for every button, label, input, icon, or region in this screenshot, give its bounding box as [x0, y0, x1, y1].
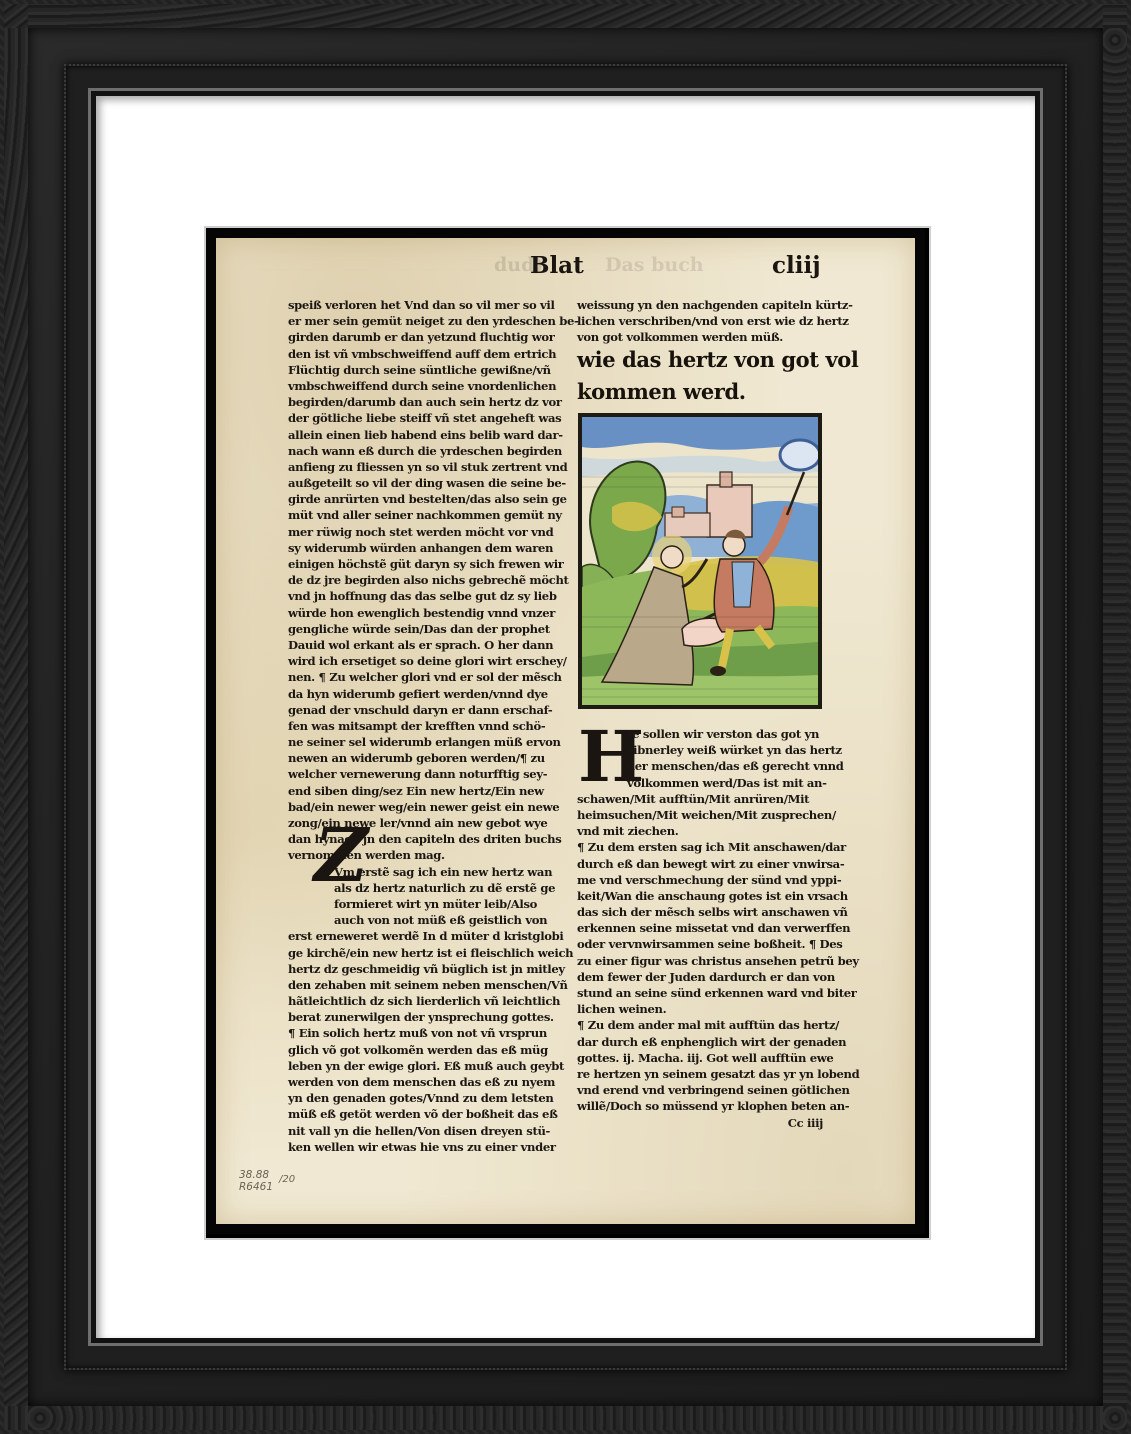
text-line: müt vnd aller seiner nachkommen gemüt ny	[288, 507, 558, 523]
text-line: begirden/darumb dan auch sein hertz dz v…	[288, 394, 558, 410]
text-line: glich võ got volkomẽn werden das eß müg	[288, 1042, 558, 1058]
text-line: volkommen werd/Das ist mit an-	[627, 775, 825, 791]
pencil-annotation: 38.88 R6461	[239, 1169, 273, 1193]
text-line: me vnd verschmechung der sünd vnd yppi-	[577, 872, 825, 888]
text-line: speiß verloren het Vnd dan so vil mer so…	[288, 297, 558, 313]
text-line: re hertzen yn seinem gesatzt das yr yn l…	[577, 1066, 825, 1082]
left-column-paragraph-1: speiß verloren het Vnd dan so vil mer so…	[288, 297, 558, 864]
text-line: gottes. ij. Macha. iij. Got well aufftün…	[577, 1050, 825, 1066]
right-column-indented-lines: Je sollen wir verston das got ynsibnerle…	[577, 726, 825, 791]
text-line: vnd erend vnd verbringend seinen götlich…	[577, 1082, 825, 1098]
text-line: allein einen lieb habend eins belib ward…	[288, 427, 558, 443]
text-line: leben yn der ewige glori. Eß muß auch ge…	[288, 1058, 558, 1074]
text-line: einigen höchstẽ güt daryn sy sich frewen…	[288, 556, 558, 572]
text-line: gengliche würde sein/Das dan der prophet	[288, 621, 558, 637]
text-line: der götliche liebe steiff vñ stet angehe…	[288, 410, 558, 426]
text-line: berat zunerwilgen der ynsprechung gottes…	[288, 1009, 558, 1025]
text-line: keit/Wan die anschaung gotes ist ein vrs…	[577, 888, 825, 904]
text-line: genad der vnschuld daryn er dann erschaf…	[288, 702, 558, 718]
text-line: sibnerley weiß würket yn das hertz	[627, 742, 825, 758]
text-line: stund an seine sünd erkennen ward vnd bi…	[577, 985, 825, 1001]
text-line: den zehaben mit seinem neben menschen/Vñ	[288, 977, 558, 993]
running-title: Blat	[530, 252, 584, 279]
text-line: ge kirchẽ/ein new hertz ist ei fleischli…	[288, 945, 558, 961]
signature-mark: Cc iiij	[577, 1115, 825, 1131]
left-column-paragraph-2: erst erneweret werdẽ In d müter d kristg…	[288, 928, 558, 1155]
text-line: mer rüwig noch stet werden möcht vor vnd	[288, 524, 558, 540]
text-line: erkennen seine missetat vnd dan verwerff…	[577, 920, 825, 936]
text-line: lichen verschriben/vnd von erst wie dz h…	[577, 313, 825, 329]
text-line: erst erneweret werdẽ In d müter d kristg…	[288, 928, 558, 944]
text-line: dem fewer der Juden dardurch er dan von	[577, 969, 825, 985]
text-line: wird ich ersetiget so deine glori wirt e…	[288, 653, 558, 669]
right-column-paragraphs: schawen/Mit aufftün/Mit anrüren/Mitheims…	[577, 791, 825, 1115]
text-line: müß eß getöt werden võ der boßheit das e…	[288, 1106, 558, 1122]
chapter-heading-line-2: kommen werd.	[577, 376, 827, 408]
right-text-column: weissung yn den nachgenden capiteln kürt…	[577, 297, 825, 346]
text-line: den ist vñ vmbschweiffend auff dem ertri…	[288, 346, 558, 362]
text-line: dar durch eß enphenglich wirt der genade…	[577, 1034, 825, 1050]
text-line: ne seiner sel widerumb erlangen müß ervo…	[288, 734, 558, 750]
folio-number: cliij	[772, 252, 821, 279]
chapter-heading: wie das hertz von got vol kommen werd.	[577, 344, 827, 408]
text-line: würde hon ewenglich bestendig vnnd vnzer	[288, 605, 558, 621]
text-line: girden darumb er dan yetzund fluchtig wo…	[288, 329, 558, 345]
text-line: sy widerumb würden anhangen dem waren	[288, 540, 558, 556]
text-line: lichen weinen.	[577, 1001, 825, 1017]
woodcut-illustration	[582, 417, 818, 705]
text-line: nen. ¶ Zu welcher glori vnd er sol der m…	[288, 669, 558, 685]
text-line: auch von not müß eß geistlich von	[334, 912, 558, 928]
text-line: hertz dz geschmeidig vñ büglich ist jn m…	[288, 961, 558, 977]
text-line: werden von dem menschen das eß zu nyem	[288, 1074, 558, 1090]
chapter-heading-line-1: wie das hertz von got vol	[577, 344, 827, 376]
text-line: yn den genaden gotes/Vnnd zu dem letsten	[288, 1090, 558, 1106]
right-column-intro-lines: weissung yn den nachgenden capiteln kürt…	[577, 297, 825, 346]
text-line: girde anrürten vnd bestelten/das also se…	[288, 491, 558, 507]
text-line: willẽ/Doch so müssend yr klophen beten a…	[577, 1098, 825, 1114]
decorated-initial-z: Z	[314, 819, 364, 889]
text-line: das sich der mẽsch selbs wirt anschawen …	[577, 904, 825, 920]
text-line: er mer sein gemüt neiget zu den yrdesche…	[288, 313, 558, 329]
text-line: der menschen/das eß gerecht vnnd	[627, 758, 825, 774]
text-line: ¶ Zu dem ander mal mit aufftün das hertz…	[577, 1017, 825, 1033]
text-line: Flüchtig durch seine süntliche gewißne/v…	[288, 362, 558, 378]
text-line: schawen/Mit aufftün/Mit anrüren/Mit	[577, 791, 825, 807]
text-line: end siben ding/sez Ein new hertz/Ein new	[288, 783, 558, 799]
text-line: oder vervnwirsammen seine boßheit. ¶ Des	[577, 936, 825, 952]
text-line: de dz jre begirden also nichs gebrechẽ m…	[288, 572, 558, 588]
text-line: ¶ Zu dem ersten sag ich Mit anschawen/da…	[577, 839, 825, 855]
text-line: hãtleichtlich dz sich lierderlich vñ lei…	[288, 993, 558, 1009]
text-line: weissung yn den nachgenden capiteln kürt…	[577, 297, 825, 313]
hand-colored-woodcut	[578, 413, 822, 709]
reference-number: R6461	[239, 1181, 273, 1193]
text-line: ¶ Ein solich hertz muß von not vñ vrspru…	[288, 1025, 558, 1041]
text-line: vmbschweiffend durch seine vnordenlichen	[288, 378, 558, 394]
text-line: zu einer figur was christus ansehen petr…	[577, 953, 825, 969]
text-line: Je sollen wir verston das got yn	[627, 726, 825, 742]
text-line: ken wellen wir etwas hie vns zu einer vn…	[288, 1139, 558, 1155]
pencil-fraction: /20	[279, 1174, 295, 1185]
text-line: außgeteilt so vil der ding wasen die sei…	[288, 475, 558, 491]
text-line: vnd jn hoffnung das das selbe gut dz sy …	[288, 588, 558, 604]
text-line: vnd mit ziechen.	[577, 823, 825, 839]
right-column-lower-text: Je sollen wir verston das got ynsibnerle…	[577, 726, 825, 1131]
text-line: heimsuchen/Mit weichen/Mit zusprechen/	[577, 807, 825, 823]
text-line: newen an widerumb geboren werden/¶ zu	[288, 750, 558, 766]
text-line: nach wann eß durch die yrdeschen begirde…	[288, 443, 558, 459]
accession-number: 38.88	[239, 1169, 273, 1181]
text-line: nit vall yn die hellen/Von disen dreyen …	[288, 1123, 558, 1139]
text-line: da hyn widerumb gefiert werden/vnnd dye	[288, 686, 558, 702]
text-line: welcher vernewerung dann noturfftig sey-	[288, 766, 558, 782]
text-line: anfieng zu fliessen yn so vil stuk zertr…	[288, 459, 558, 475]
left-text-column: speiß verloren het Vnd dan so vil mer so…	[288, 297, 558, 1155]
text-line: durch eß dan bewegt wirt zu einer vnwirs…	[577, 856, 825, 872]
show-through-text-right: Das buch	[605, 254, 704, 276]
text-line: Dauid wol erkant als er sprach. O her da…	[288, 637, 558, 653]
text-line: fen was mitsampt der krefften vnnd schö-	[288, 718, 558, 734]
